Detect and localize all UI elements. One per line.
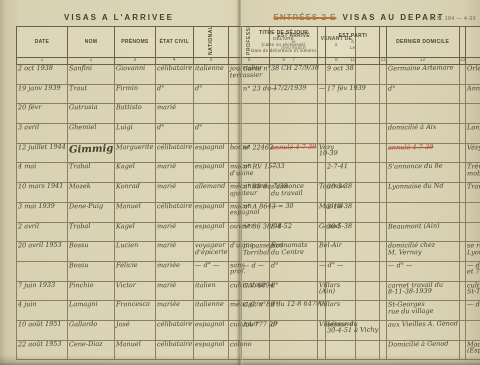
handwritten-cell [326,261,380,281]
handwritten-cell: 30-3-38 [326,183,380,203]
handwritten-cell: Domicilié à Genod [386,340,459,360]
handwritten-cell: d° [386,84,459,104]
handwritten-cell: mariée [155,261,193,281]
table-row: C.V. 6094carnet travail du8-11-38-1939cu… [242,281,480,301]
handwritten-cell: — d° — [466,301,480,321]
handwritten-cell: italienne [193,65,229,85]
table-row: — d —— d° —— d° —et 7 juin— d° — n° 6206… [242,261,480,281]
handwritten-cell [242,124,326,144]
handwritten-cell: 4 mai [17,163,68,183]
handwritten-cell: n° 23 du 17/2/1939 [242,84,326,104]
handwritten-cell: Trévouxmobilisé [466,163,480,183]
handwritten-cell: aux Vieilles A. Génod [386,320,459,340]
handwritten-cell: C.V. 6094 [242,281,326,301]
handwritten-cell: Bossu [67,261,114,281]
col-se-rend-a: SE RENDà [466,27,480,58]
handwritten-cell [242,104,326,124]
handwritten-cell: Orléans (Loiret) [466,65,480,85]
handwritten-cell [326,281,380,301]
handwritten-cell: d° [155,84,193,104]
col-date: DATE [17,27,68,58]
page-right: ENTRÉES 2 EVISAS AU DEPART I. B. 184 — 4… [238,0,480,365]
handwritten-cell: Germaine Artemare [386,65,459,85]
handwritten-cell: carnet travail du8-11-38-1939 [386,281,459,301]
table-row: n° 88 du 7/3830-3-38Lyonnaise du NdTrava… [242,183,480,203]
handwritten-cell: Giovanni [115,65,155,85]
handwritten-cell: — d° —et 7 juin [466,261,480,281]
handwritten-cell: Mozek [67,183,114,203]
handwritten-cell [386,104,459,124]
handwritten-cell: 3 mai 1939 [17,202,68,222]
handwritten-cell: Konrad [115,183,155,203]
handwritten-cell: S'annonce du 8e [386,163,459,183]
handwritten-cell: Francesca [115,301,155,321]
handwritten-cell: d° [193,84,229,104]
handwritten-cell [466,202,480,222]
handwritten-cell: 7 juin 1933 [17,281,68,301]
handwritten-cell: 12 juillet 1944 [17,143,68,163]
handwritten-cell: domicilié chezM. Vernay [386,242,459,262]
handwritten-cell: — d — [242,261,326,281]
handwritten-cell: Battisto [115,104,155,124]
handwritten-cell [326,104,380,124]
handwritten-cell: n° 86 38/38 [242,222,326,242]
handwritten-cell: italien [193,281,229,301]
handwritten-cell [326,124,380,144]
handwritten-cell: Traut [67,84,114,104]
handwritten-cell: Ghemiel [67,124,114,144]
handwritten-cell: annulé 4-7-39 [386,143,459,163]
column-numbers: 910 1112 1314 1516 1718 [242,58,480,65]
page-left: VISAS A L'ARRIVEE DATE NOM PRÉNOMS ÉTAT … [0,0,238,365]
handwritten-cell: 10 mars 1941 [17,183,68,203]
handwritten-cell [326,143,380,163]
handwritten-cell: Annecy (Hte-Sav.) [466,84,480,104]
handwritten-cell: 17 fév 1939 [326,84,380,104]
handwritten-cell: Dene-Puig [67,202,114,222]
handwritten-cell: cultivateurSt-Trivier [466,281,480,301]
handwritten-cell: Lucien [115,242,155,262]
handwritten-cell: n° 88 du 7/38 [242,183,326,203]
handwritten-cell: 4 juin [17,301,68,321]
handwritten-cell: Kagel [115,222,155,242]
col-dernier-domicile: DERNIER DOMICILE [386,27,459,58]
handwritten-cell: — d° — [193,261,229,281]
handwritten-cell: d° [193,124,229,144]
handwritten-cell: 20 févr [17,104,68,124]
table-row: domicilié à AixLonguéCarte n°73 18941930… [242,124,480,144]
handwritten-cell: 20 avril 1953 [17,242,68,262]
handwritten-cell: Manuel [115,202,155,222]
handwritten-cell: 2-10-38 [326,202,380,222]
departures-header: TITRE DE SÉJOURDÉLIVRÉ(carte ou récépiss… [242,27,480,65]
handwritten-cell: d° [155,124,193,144]
handwritten-cell: Longué [466,124,480,144]
handwritten-cell: n° A 8643 = 30 [242,202,326,222]
handwritten-cell: 2 oct 1938 [17,65,68,85]
handwritten-cell: 9 oct 38 [326,65,380,85]
handwritten-cell: Gimmig [67,143,114,163]
handwritten-cell [326,242,380,262]
handwritten-cell: Carte n°38 CH 27/9/38 [242,65,326,85]
col-nationalite: NATIONALITÉ [193,27,229,58]
table-row: Domicilié à GenodMadrid(Espagne)AA 67 47… [242,340,480,360]
handwritten-cell: 2-7-41 [326,163,380,183]
handwritten-cell: Bossu [67,242,114,262]
handwritten-cell: espagnol [193,143,229,163]
handwritten-cell: Cene-Diaz [67,340,114,360]
handwritten-cell: Beaumont (Ain) [386,222,459,242]
handwritten-cell [17,261,68,281]
handwritten-cell: espagnol [193,163,229,183]
handwritten-cell: Trabal [67,222,114,242]
page-fold [236,0,244,365]
handwritten-cell: 2 avril [17,222,68,242]
handwritten-cell: espagnol [193,222,229,242]
handwritten-cell [326,340,380,360]
handwritten-cell: Luigi [115,124,155,144]
table-row: n° A 8643 = 302-10-38 [242,202,480,222]
table-row: C.C. n°89 du 12-8 64793St-Georgesrue du … [242,301,480,321]
handwritten-cell: italienne [193,301,229,321]
handwritten-cell: célibataire [155,340,193,360]
handwritten-cell: marié [155,222,193,242]
register-scan: VISAS A L'ARRIVEE DATE NOM PRÉNOMS ÉTAT … [0,0,480,365]
handwritten-cell: Vézy [466,143,480,163]
handwritten-cell: Lyonnaise du Nd [386,183,459,203]
handwritten-cell: espagnol [193,320,229,340]
handwritten-cell: marié [155,242,193,262]
departures-table: TITRE DE SÉJOURDÉLIVRÉ(carte ou récépiss… [241,26,480,360]
handwritten-cell: Firmin [115,84,155,104]
handwritten-cell: Lamagni [67,301,114,321]
handwritten-cell [386,202,459,222]
handwritten-cell: séjour du30-4-51 à Vichy [326,320,380,340]
printer-reference-note: I. B. 184 — 4-39 [432,16,476,22]
handwritten-cell: n° RV 15733 [242,163,326,183]
handwritten-cell: célibataire [155,65,193,85]
table-row: AA 777 29séjour du30-4-51 à Vichyaux Vie… [242,320,480,340]
handwritten-cell: n° 22462 [242,143,326,163]
handwritten-cell: — d° — [386,261,459,281]
handwritten-cell: Gutrusia [67,104,114,124]
handwritten-cell: José [115,320,155,340]
col-titre-sejour-1: TITRE DE SÉJOURDÉLIVRÉ(carte ou récépiss… [242,27,326,58]
handwritten-cell: p. passeportTorribal [242,242,326,262]
table-row: n° 86 38/3830-5-38Beaumont (Ain) [242,222,480,242]
handwritten-cell [242,340,326,360]
handwritten-cell: Manuel [115,340,155,360]
table-row [242,104,480,124]
handwritten-cell [466,222,480,242]
col-est-parti-1: EST PARTIàLe [326,27,380,58]
col-nom: NOM [67,27,114,58]
struck-former-title: ENTRÉES 2 E [273,13,336,22]
handwritten-cell: Sanfini [67,65,114,85]
handwritten-cell: célibataire [155,202,193,222]
handwritten-cell: Gallardo [67,320,114,340]
handwritten-cell: Pinchio [67,281,114,301]
handwritten-cell: marié [155,163,193,183]
handwritten-cell: marié [155,281,193,301]
handwritten-cell: espagnol [193,340,229,360]
handwritten-cell: Marguerite [115,143,155,163]
handwritten-cell: C.C. n°89 du 12-8 64793 [242,301,326,321]
handwritten-cell: 3 avril [17,124,68,144]
handwritten-cell: Trabal [67,163,114,183]
handwritten-cell [326,301,380,321]
handwritten-cell: mariée [155,301,193,321]
handwritten-cell: St-Georgesrue du village [386,301,459,321]
left-page-title: VISAS A L'ARRIVEE [0,13,238,22]
handwritten-cell: Madrid(Espagne) [466,340,480,360]
handwritten-cell: 10 août 1951 [17,320,68,340]
handwritten-cell: célibataire [155,143,193,163]
handwritten-cell [466,104,480,124]
col-prenoms: PRÉNOMS [115,27,155,58]
handwritten-cell: 19 janv 1939 [17,84,68,104]
handwritten-cell: 22 août 1953 [17,340,68,360]
handwritten-cell: allemand [193,183,229,203]
handwritten-cell: Kagel [115,163,155,183]
table-row: p. passeportTorribaldomicilié chezM. Ver… [242,242,480,262]
handwritten-cell: marié [155,104,193,124]
handwritten-cell: Victor [115,281,155,301]
handwritten-cell: célibataire [155,320,193,340]
table-row: n° 23 du 17/2/193917 fév 1939d°Annecy (H… [242,84,480,104]
handwritten-cell: AA 777 29 [242,320,326,340]
handwritten-cell: voyageurd'épicerie [193,242,229,262]
table-row: Carte n°38 CH 27/9/389 oct 38Germaine Ar… [242,65,480,85]
handwritten-cell: 30-5-38 [326,222,380,242]
handwritten-cell: se rend àLyon & Orly [466,242,480,262]
right-title-text: VISAS AU DEPART [343,13,445,22]
handwritten-cell: domicilié à Aix [386,124,459,144]
table-row: n° RV 157332-7-41S'annonce du 8eTrévouxm… [242,163,480,183]
handwritten-cell: espagnol [193,202,229,222]
col-etat-civil: ÉTAT CIVIL [155,27,193,58]
handwritten-cell [193,104,229,124]
handwritten-cell [466,320,480,340]
handwritten-cell: Travailleur libre [466,183,480,203]
handwritten-cell: Félicie [115,261,155,281]
handwritten-cell: marié [155,183,193,203]
table-row: n° 22462annulé 4-7-39VézyC n° du 38-1431… [242,143,480,163]
